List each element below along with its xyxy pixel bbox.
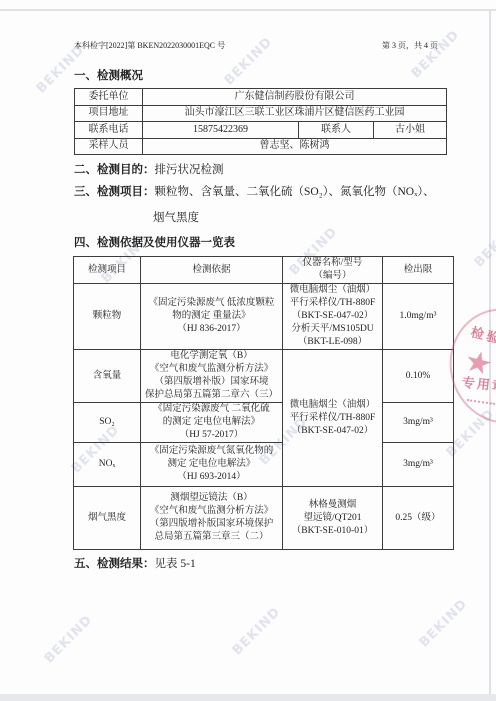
- row-value: 古小姐: [374, 122, 447, 139]
- row-label: 采样人员: [75, 138, 143, 155]
- cell-basis: 《固定污染源废气 二氧化硫 的测定 定电位电解法》 （HJ 57-2017）: [141, 403, 283, 443]
- table-row: 烟气黑度 测烟望远镜法（B） 《空气和废气监测分析方法》 （第四版增补版国家环境…: [74, 487, 454, 550]
- row-label: 联系电话: [75, 122, 143, 139]
- cell-item: 烟气黑度: [74, 487, 141, 550]
- section-2-label: 二、检测目的：: [74, 164, 155, 176]
- table-row: SO₂ 《固定污染源废气 二氧化硫 的测定 定电位电解法》 （HJ 57-201…: [74, 403, 454, 443]
- cell-basis: 《固定污染源废气氮氧化物的 测定 定电位电解法》 （HJ 693-2014）: [141, 443, 283, 487]
- row-value: 15875422369: [143, 122, 299, 139]
- row-value: 曾志坚、陈树鸿: [143, 138, 447, 155]
- cell-instrument: 微电脑烟尘（油烟） 平行采样仪/TH-880F （BKT-SE-047-02） …: [283, 284, 383, 350]
- row-value: 广东健信制药股份有限公司: [143, 89, 447, 106]
- section-3-label: 三、检测项目：: [74, 186, 155, 198]
- table-row: 项目地址 汕头市濠江区三联工业区珠浦片区健信医药工业园: [75, 105, 447, 122]
- col-header-basis: 检测依据: [141, 257, 283, 284]
- cell-item: 含氧量: [74, 350, 141, 403]
- cell-limit: 3mg/m³: [383, 443, 454, 487]
- section-3-line2: 烟气黑度: [153, 211, 199, 225]
- cell-limit: 3mg/m³: [383, 403, 454, 443]
- cell-limit: 0.10%: [383, 350, 454, 403]
- cell-limit: 1.0mg/m³: [383, 284, 454, 350]
- table-row: NOₓ 《固定污染源废气氮氧化物的 测定 定电位电解法》 （HJ 693-201…: [74, 443, 454, 487]
- col-header-instrument: 仪器名称/型号 （编号）: [283, 257, 383, 284]
- cell-basis: 测烟望远镜法（B） 《空气和废气监测分析方法》 （第四版增补版国家环境保护 总局…: [141, 487, 283, 550]
- cell-instrument-merged: 微电脑烟尘（油烟） 平行采样仪/TH-880F （BKT-SE-047-02）: [283, 350, 383, 487]
- section-2-line: 二、检测目的：排污状况检测: [74, 163, 224, 177]
- cell-instrument: 林格曼测烟 望远镜/QT201 （BKT-SE-010-01）: [283, 487, 383, 550]
- section-5-line: 五、检测结果：见表 5-1: [74, 557, 196, 571]
- section-3-line1: 三、检测项目：颗粒物、含氧量、二氧化硫（SO₂）、氮氧化物（NOₓ）、: [74, 185, 435, 199]
- row-label: 项目地址: [75, 105, 143, 122]
- overview-table: 委托单位 广东健信制药股份有限公司 项目地址 汕头市濠江区三联工业区珠浦片区健信…: [74, 88, 447, 155]
- col-header-limit: 检出限: [383, 257, 454, 284]
- table-header-row: 检测项目 检测依据 仪器名称/型号 （编号） 检出限: [74, 257, 454, 284]
- method-table: 检测项目 检测依据 仪器名称/型号 （编号） 检出限 颗粒物 《固定污染源废气 …: [73, 256, 454, 550]
- table-row: 含氧量 电化学测定氧（B） 《空气和废气监测分析方法》 （第四版增补版）国家环境…: [74, 350, 454, 403]
- row-value: 汕头市濠江区三联工业区珠浦片区健信医药工业园: [143, 105, 447, 122]
- section-3-value: 颗粒物、含氧量、二氧化硫（SO₂）、氮氧化物（NOₓ）、: [155, 186, 435, 198]
- table-row: 颗粒物 《固定污染源废气 低浓度颗粒 物的测定 重量法》 （HJ 836-201…: [74, 284, 454, 350]
- section-5-value: 见表 5-1: [155, 558, 196, 570]
- cell-item: SO₂: [74, 403, 141, 443]
- table-row: 采样人员 曾志坚、陈树鸿: [75, 138, 447, 155]
- page-number: 第 3 页，共 4 页: [382, 41, 438, 51]
- row-label: 委托单位: [75, 89, 143, 106]
- section-5-label: 五、检测结果：: [74, 558, 155, 570]
- col-header-item: 检测项目: [74, 257, 141, 284]
- document-number: 本科检字[2022]第 BKEN2022030001EQC 号: [74, 41, 225, 51]
- table-row: 联系电话 15875422369 联系人 古小姐: [75, 122, 447, 139]
- cell-basis: 《固定污染源废气 低浓度颗粒 物的测定 重量法》 （HJ 836-2017）: [141, 284, 283, 350]
- page-content: 本科检字[2022]第 BKEN2022030001EQC 号 第 3 页，共 …: [0, 0, 496, 701]
- cell-basis: 电化学测定氧（B） 《空气和废气监测分析方法》 （第四版增补版）国家环境 保护总…: [141, 350, 283, 403]
- section-4-title: 四、检测依据及使用仪器一览表: [74, 236, 235, 250]
- row-label: 联系人: [299, 122, 374, 139]
- section-2-value: 排污状况检测: [155, 164, 224, 176]
- section-1-title: 一、检测概况: [74, 69, 143, 83]
- document-page: BEKIND BEKIND BEKIND BEKIND BEKIND BEKIN…: [0, 0, 496, 701]
- cell-item: NOₓ: [74, 443, 141, 487]
- cell-limit: 0.25（级）: [383, 487, 454, 550]
- running-header: 本科检字[2022]第 BKEN2022030001EQC 号 第 3 页，共 …: [74, 41, 438, 51]
- cell-item: 颗粒物: [74, 284, 141, 350]
- table-row: 委托单位 广东健信制药股份有限公司: [75, 89, 447, 106]
